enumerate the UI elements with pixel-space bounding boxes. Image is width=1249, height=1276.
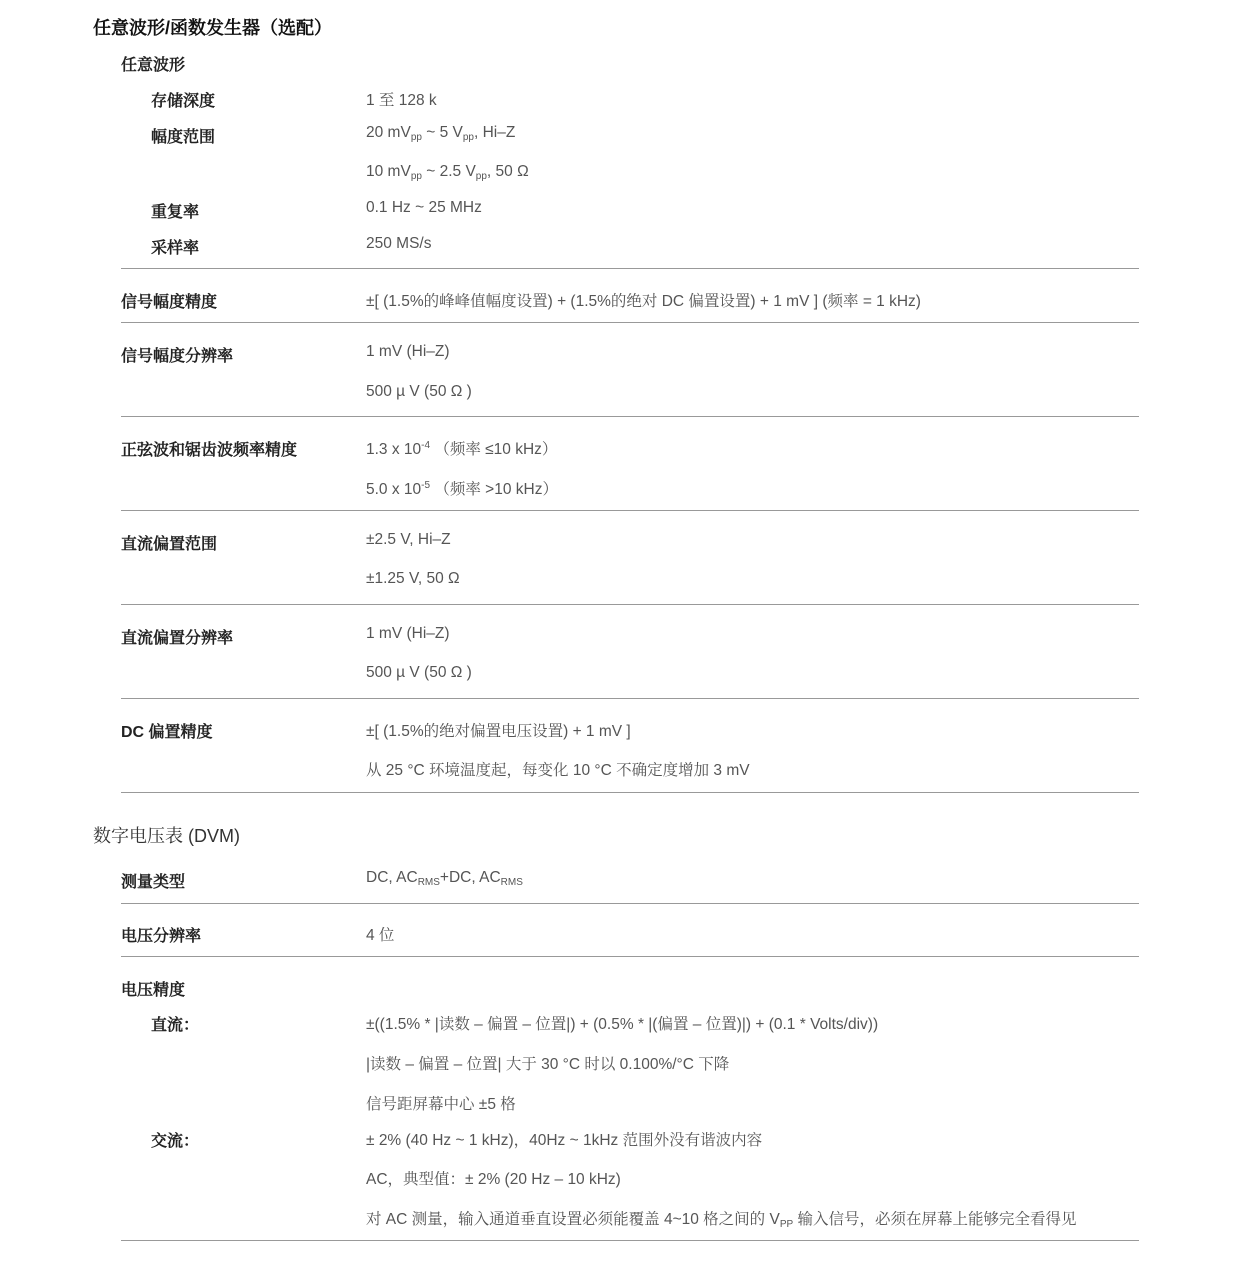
label-amplitude-accuracy: 信号幅度精度 — [121, 289, 217, 312]
value-dc-offset-range-hiz: ±2.5 V, Hi–Z — [366, 531, 451, 549]
value-ac-accuracy-typical: AC，典型值：± 2% (20 Hz – 10 kHz) — [366, 1167, 621, 1189]
label-sample-rate: 采样率 — [151, 235, 199, 258]
value-repetition-rate: 0.1 Hz ~ 25 MHz — [366, 199, 482, 217]
divider — [121, 1240, 1139, 1241]
value-ac-accuracy: ± 2% (40 Hz ~ 1 kHz)，40Hz ~ 1kHz 范围外没有谐波… — [366, 1128, 762, 1150]
value-dc-offset-resolution-50ohm: 500 µ V (50 Ω ) — [366, 664, 472, 682]
label-ac-accuracy: 交流： — [151, 1128, 199, 1151]
value-ac-measurement-note: 对 AC 测量，输入通道垂直设置必须能覆盖 4~10 格之间的 VPP 输入信号… — [366, 1207, 1076, 1229]
divider — [121, 698, 1139, 699]
label-dc-offset-range: 直流偏置范围 — [121, 531, 217, 554]
section-title-awg: 任意波形/函数发生器（选配） — [93, 14, 332, 40]
value-dc-accuracy-derating: |读数 – 偏置 – 位置| 大于 30 °C 时以 0.100%/°C 下降 — [366, 1052, 729, 1074]
divider — [121, 268, 1139, 269]
label-amplitude-range: 幅度范围 — [151, 124, 215, 147]
label-dc-offset-accuracy: DC 偏置精度 — [121, 719, 213, 742]
value-amplitude-range-hiz: 20 mVpp ~ 5 Vpp, Hi–Z — [366, 124, 515, 142]
value-sample-rate: 250 MS/s — [366, 235, 431, 253]
value-amplitude-accuracy: ±[ (1.5%的峰峰值幅度设置) + (1.5%的绝对 DC 偏置设置) + … — [366, 289, 921, 311]
value-amplitude-resolution-50ohm: 500 µ V (50 Ω ) — [366, 383, 472, 401]
label-dc-accuracy: 直流： — [151, 1012, 199, 1035]
divider — [121, 604, 1139, 605]
value-frequency-accuracy-low: 1.3 x 10-4 （频率 ≤10 kHz） — [366, 437, 557, 459]
label-frequency-accuracy: 正弦波和锯齿波频率精度 — [121, 437, 297, 460]
divider — [121, 792, 1139, 793]
subsection-title-arb: 任意波形 — [121, 52, 185, 75]
value-measurement-type: DC, ACRMS+DC, ACRMS — [366, 869, 523, 887]
value-frequency-accuracy-high: 5.0 x 10-5 （频率 >10 kHz） — [366, 477, 558, 499]
divider — [121, 956, 1139, 957]
value-amplitude-range-50ohm: 10 mVpp ~ 2.5 Vpp, 50 Ω — [366, 163, 529, 181]
divider — [121, 510, 1139, 511]
label-measurement-type: 测量类型 — [121, 869, 185, 892]
value-dc-accuracy-range: 信号距屏幕中心 ±5 格 — [366, 1092, 516, 1114]
label-memory-depth: 存储深度 — [151, 88, 215, 111]
label-dc-offset-resolution: 直流偏置分辨率 — [121, 625, 233, 648]
value-amplitude-resolution-hiz: 1 mV (Hi–Z) — [366, 343, 450, 361]
value-dc-offset-accuracy: ±[ (1.5%的绝对偏置电压设置) + 1 mV ] — [366, 719, 631, 741]
label-voltage-accuracy: 电压精度 — [121, 977, 185, 1000]
divider — [121, 903, 1139, 904]
value-dc-offset-temp-note: 从 25 °C 环境温度起，每变化 10 °C 不确定度增加 3 mV — [366, 758, 750, 780]
value-dc-offset-range-50ohm: ±1.25 V, 50 Ω — [366, 570, 460, 588]
divider — [121, 322, 1139, 323]
label-voltage-resolution: 电压分辨率 — [121, 923, 201, 946]
value-dc-accuracy-formula: ±((1.5% * |读数 – 偏置 – 位置|) + (0.5% * |(偏置… — [366, 1012, 878, 1034]
section-title-dvm: 数字电压表 (DVM) — [93, 822, 240, 848]
divider — [121, 416, 1139, 417]
label-repetition-rate: 重复率 — [151, 199, 199, 222]
value-dc-offset-resolution-hiz: 1 mV (Hi–Z) — [366, 625, 450, 643]
value-memory-depth: 1 至 128 k — [366, 88, 437, 110]
value-voltage-resolution: 4 位 — [366, 923, 394, 945]
label-amplitude-resolution: 信号幅度分辨率 — [121, 343, 233, 366]
